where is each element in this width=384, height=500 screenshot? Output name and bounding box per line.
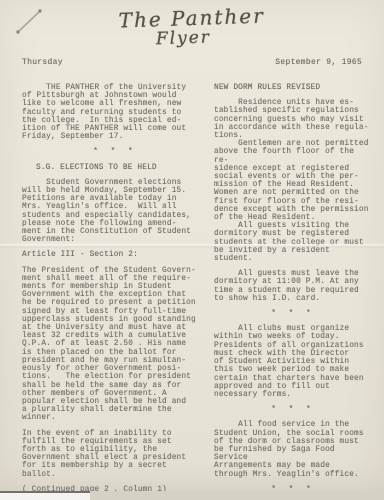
scanned-newsletter-page: The Panther Flyer Thursday September 9, …: [0, 0, 384, 500]
dorm-rules-paragraph: Residence units have es- tablished speci…: [214, 99, 372, 263]
clubs-paragraph: All clubs must organize within two weeks…: [214, 325, 372, 399]
section-heading-sg-elections: S.G. ELECTIONS TO BE HELD: [36, 164, 208, 172]
dateline-date: September 9, 1965: [275, 58, 362, 67]
star-separator: * * *: [22, 148, 208, 156]
dateline-day: Thursday: [22, 58, 63, 67]
star-separator: * * *: [214, 406, 372, 414]
intro-paragraph: THE PANTHER of the University of Pittsbu…: [22, 84, 208, 141]
scan-bottom-corner: [0, 491, 90, 500]
masthead-title-line1: The Panther: [0, 0, 384, 37]
left-column: THE PANTHER of the University of Pittsbu…: [22, 84, 208, 500]
star-separator: * * *: [214, 310, 372, 318]
dateline: Thursday September 9, 1965: [22, 58, 362, 67]
pen-mark-icon: [10, 4, 52, 40]
president-requirements-paragraph: The President of the Student Govern- men…: [22, 267, 208, 423]
masthead-title-line2: Flyer: [0, 21, 384, 55]
guests-curfew-paragraph: All guests must leave the dormitory at 1…: [214, 270, 372, 303]
section-heading-dorm-rules: NEW DORM RULES REVISED: [214, 84, 372, 92]
masthead-handwritten-title: The Panther Flyer: [0, 0, 384, 55]
body-columns: THE PANTHER of the University of Pittsbu…: [22, 84, 372, 500]
elections-paragraph: Student Government elections will be hel…: [22, 179, 208, 245]
right-column: NEW DORM RULES REVISED Residence units h…: [214, 84, 372, 500]
food-service-paragraph: All food service in the Student Union, t…: [214, 421, 372, 478]
article-heading: Article III - Section 2:: [22, 251, 208, 259]
eligibility-paragraph: In the event of an inability to fulfill …: [22, 430, 208, 479]
